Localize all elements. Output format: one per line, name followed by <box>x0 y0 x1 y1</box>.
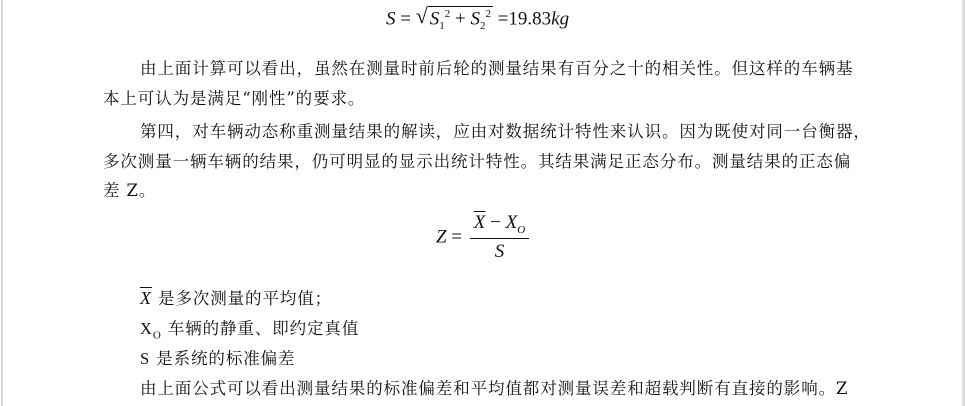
eq-z-denominator: S <box>470 239 529 263</box>
definition-xbar-text: 是多次测量的平均值； <box>152 289 332 308</box>
eq-s-equals: = <box>400 8 411 29</box>
eq-result-unit: kg <box>551 8 569 29</box>
equation-s-total: S = √ S12 + S22 =19.83kg <box>386 6 569 32</box>
sqrt-expression: √ S12 + S22 <box>416 6 493 32</box>
symbol-xbar: X <box>140 288 152 308</box>
paragraph-2-line-1: 第四，对车辆动态称重测量结果的解读，应由对数据统计特性来认识。因为既使对同一台衡… <box>140 118 871 142</box>
symbol-xo-sub: O <box>153 329 162 341</box>
eq-s1-sub: 1 <box>439 20 445 32</box>
eq-s-lhs: S <box>386 8 396 29</box>
symbol-xo: X <box>140 319 153 338</box>
eq-z-numerator: X − XO <box>470 212 529 239</box>
symbol-s: S <box>140 349 150 368</box>
definition-xo-text: 车辆的静重、即约定真值 <box>162 319 360 338</box>
definition-xo: XO 车辆的静重、即约定真值 <box>140 315 359 341</box>
eq-xbar: X <box>474 212 486 233</box>
equation-z: Z = X − XO S <box>436 212 532 263</box>
eq-result-equals: = <box>498 8 509 29</box>
eq-xo-sub: O <box>517 224 525 236</box>
eq-minus: − <box>490 212 501 233</box>
eq-result-value: 19.83 <box>508 8 551 29</box>
paragraph-1-line-1: 由上面计算可以看出，虽然在测量时前后轮的测量结果有百分之十的相关性。但这样的车辆… <box>140 55 853 79</box>
eq-z-lhs: Z <box>436 226 447 247</box>
definition-xbar: X 是多次测量的平均值； <box>140 285 332 309</box>
eq-s1-base: S <box>430 8 440 29</box>
paragraph-2-line-3: 差 Z。 <box>103 177 156 201</box>
eq-plus: + <box>455 8 466 29</box>
eq-s2-sup: 2 <box>485 8 491 20</box>
eq-z-fraction: X − XO S <box>470 212 529 263</box>
paragraph-2-line-2: 多次测量一辆车辆的结果，仍可明显的显示出统计特性。其结果满足正态分布。测量结果的… <box>103 148 851 172</box>
document-page: S = √ S12 + S22 =19.83kg 由上面计算可以看出，虽然在测量… <box>0 0 965 406</box>
conclusion-line-1: 由上面公式可以看出测量结果的标准偏差和平均值都对测量误差和超载判断有直接的影响。… <box>140 375 848 399</box>
eq-s1-sup: 2 <box>445 8 451 20</box>
sqrt-icon: √ <box>416 3 428 29</box>
page-left-border <box>1 0 3 406</box>
definition-s-text: 是系统的标准偏差 <box>150 349 295 368</box>
paragraph-1-line-2: 本上可认为是满足“刚性”的要求。 <box>103 85 365 109</box>
eq-xo: X <box>506 212 518 233</box>
eq-z-equals: = <box>451 226 462 247</box>
definition-s: S 是系统的标准偏差 <box>140 345 295 369</box>
eq-s2-base: S <box>470 8 480 29</box>
eq-s2-sub: 2 <box>480 20 486 32</box>
